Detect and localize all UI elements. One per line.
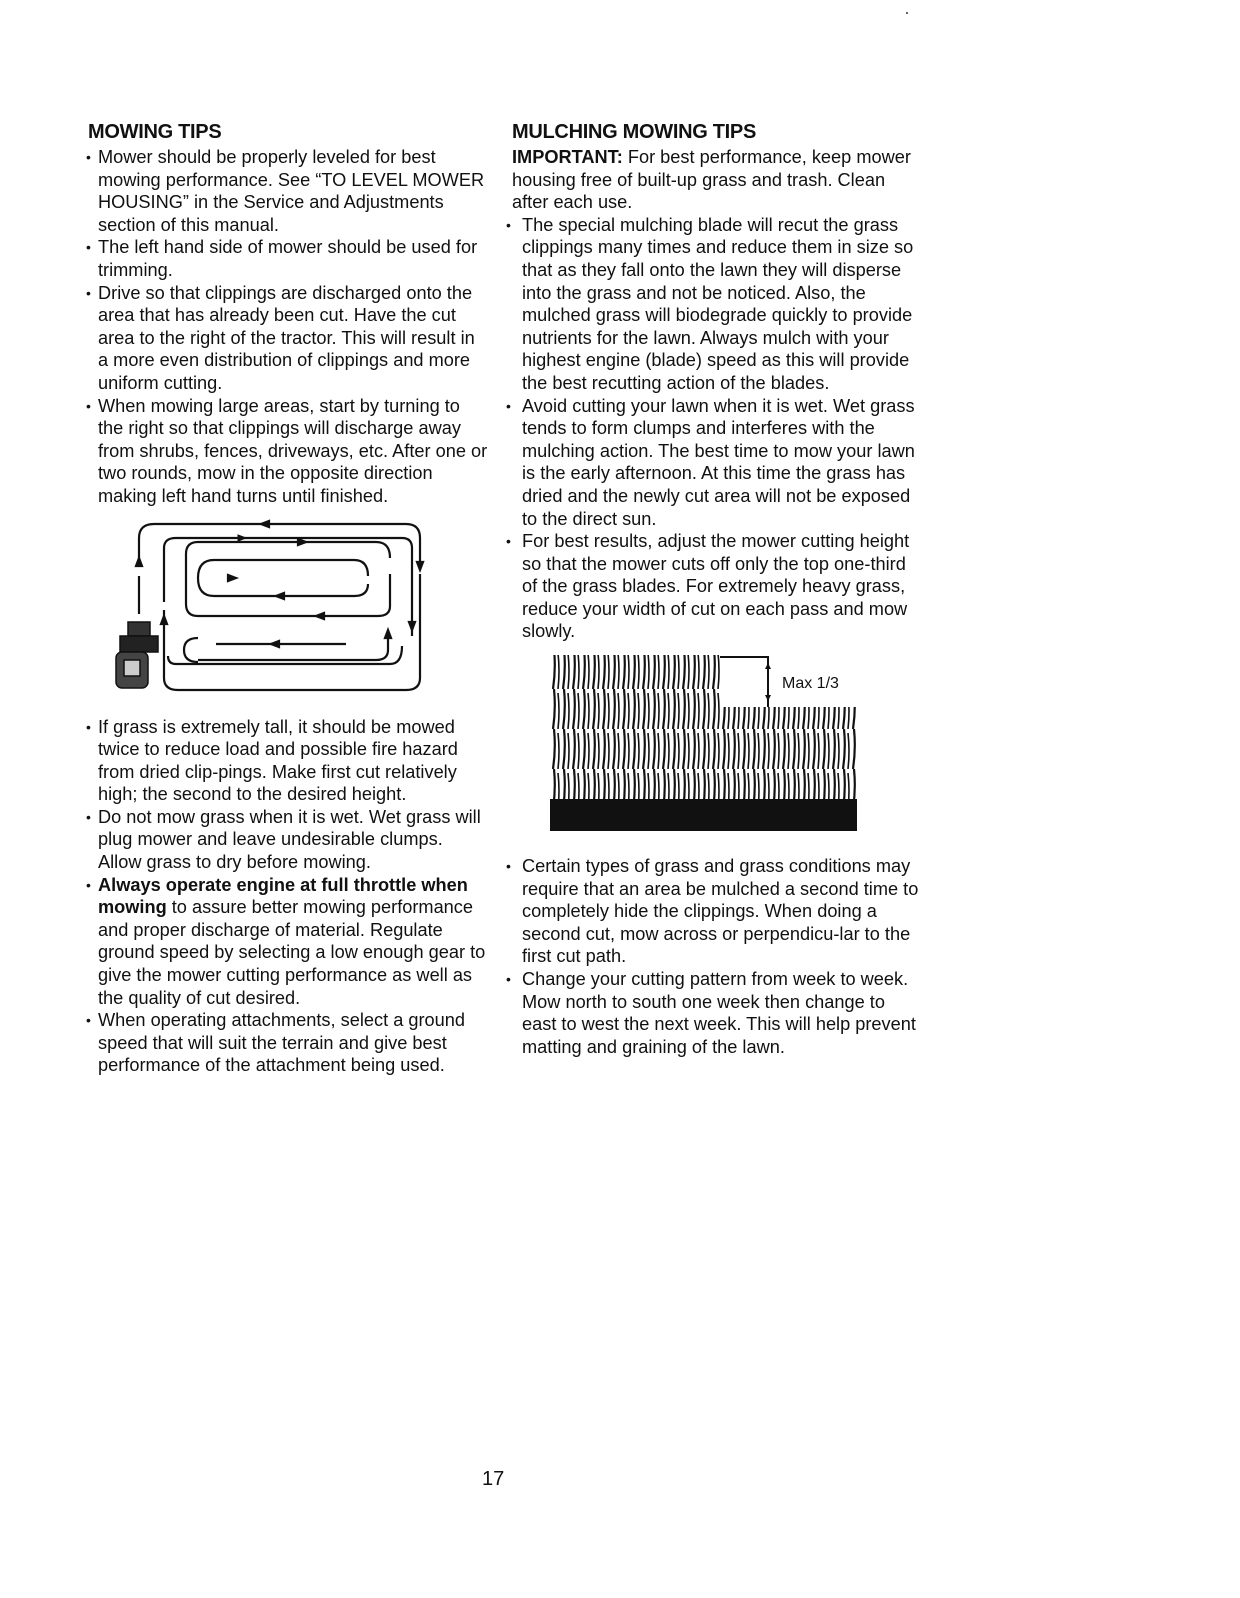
list-item: Do not mow grass when it is wet. Wet gra…: [88, 806, 488, 874]
list-item: Avoid cutting your lawn when it is wet. …: [512, 395, 922, 531]
mulching-tips-list-top: The special mulching blade will recut th…: [512, 214, 922, 643]
list-item: The left hand side of mower should be us…: [88, 236, 488, 281]
important-label: IMPORTANT:: [512, 147, 623, 167]
mulching-tips-heading: MULCHING MOWING TIPS: [512, 120, 922, 144]
list-item: When mowing large areas, start by turnin…: [88, 395, 488, 508]
list-item: Mower should be properly leveled for bes…: [88, 146, 488, 236]
list-item: The special mulching blade will recut th…: [512, 214, 922, 395]
mulching-tips-section: MULCHING MOWING TIPS IMPORTANT: For best…: [512, 120, 922, 1058]
mowing-tips-list-bottom: If grass is extremely tall, it should be…: [88, 716, 488, 1078]
page-number: 17: [482, 1468, 504, 1491]
max-one-third-label: Max 1/3: [782, 675, 839, 693]
list-item: Drive so that clippings are discharged o…: [88, 282, 488, 395]
mowing-tips-heading: MOWING TIPS: [88, 120, 488, 144]
list-item: Certain types of grass and grass conditi…: [512, 855, 922, 968]
list-item: Change your cutting pattern from week to…: [512, 968, 922, 1058]
mowing-tips-list-top: Mower should be properly leveled for bes…: [88, 146, 488, 508]
scan-speck: [906, 12, 908, 14]
list-item: If grass is extremely tall, it should be…: [88, 716, 488, 806]
grass-height-diagram: Max 1/3: [542, 649, 862, 839]
mowing-pattern-diagram: [106, 518, 426, 698]
important-note: IMPORTANT: For best performance, keep mo…: [512, 146, 922, 214]
list-item: Always operate engine at full throttle w…: [88, 874, 488, 1010]
list-item: When operating attachments, select a gro…: [88, 1009, 488, 1077]
list-item: For best results, adjust the mower cutti…: [512, 530, 922, 643]
mowing-tips-section: MOWING TIPS Mower should be properly lev…: [88, 120, 488, 1077]
mulching-tips-list-bottom: Certain types of grass and grass conditi…: [512, 855, 922, 1058]
